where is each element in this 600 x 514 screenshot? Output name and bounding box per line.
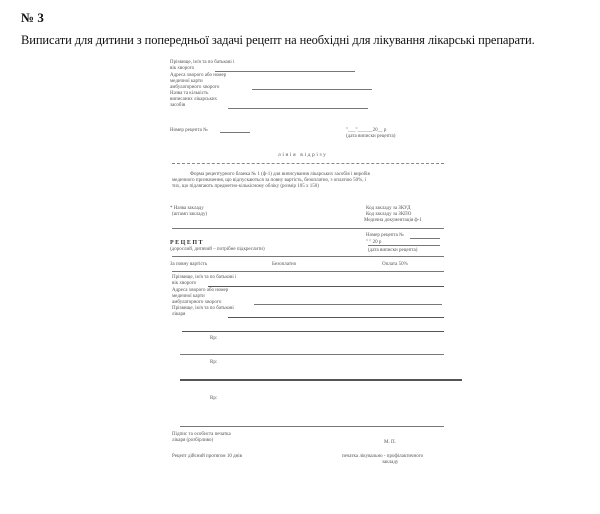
rp-line-1[interactable]	[180, 354, 444, 355]
prescription-form: Прізвище, ім'я та по батькові і вік хвор…	[170, 60, 446, 500]
rp-divider-2	[180, 379, 462, 381]
cut-line	[172, 163, 444, 164]
task-text: Виписати для дитини з попередньої задачі…	[21, 33, 535, 48]
stub-drugs-line[interactable]	[228, 108, 368, 109]
rp-divider-1	[182, 331, 444, 332]
stub-address-line[interactable]	[252, 89, 372, 90]
recipe-number-line[interactable]	[410, 238, 440, 239]
doctor-line[interactable]	[228, 317, 444, 318]
signature-label-2: лікаря (розбірливо)	[172, 438, 213, 444]
stub-date-caption: (дата виписки рецепта)	[346, 134, 395, 140]
recipe-subtitle: (дорослий, дитячий – потрібне підкреслит…	[170, 247, 265, 253]
rp-3: Rp:	[210, 396, 217, 402]
patient-line[interactable]	[208, 286, 444, 287]
form-description-3: тих, що підлягають предметно-кількісному…	[172, 184, 319, 190]
payment-full[interactable]: За повну вартість	[170, 262, 207, 268]
institution-stamp-label-2: закладу	[382, 460, 398, 466]
med-doc: Медична документація ф-1	[364, 218, 422, 224]
task-number: № 3	[21, 10, 44, 26]
validity: Рецепт дійсний протягом 10 днів	[172, 454, 242, 460]
recipe-date-line[interactable]	[368, 245, 440, 246]
stub-recipe-number-line[interactable]	[220, 132, 250, 133]
stub-drugs-label-3: засобів	[170, 103, 185, 109]
stub-patient-age-label: вік хворого	[170, 66, 194, 72]
rp-1: Rp:	[210, 336, 217, 342]
stub-patient-line[interactable]	[215, 71, 355, 72]
divider-2	[172, 256, 444, 257]
stub-recipe-number: Номер рецепта №	[170, 128, 208, 134]
address-line[interactable]	[254, 304, 442, 305]
patient-age-label: вік хворого	[172, 281, 196, 287]
divider-3	[172, 271, 444, 272]
cut-line-label: лінія відрізу	[278, 152, 327, 158]
recipe-number: Номер рецепта №	[366, 233, 404, 239]
payment-half[interactable]: Оплата 50%	[382, 262, 408, 268]
divider-1	[172, 228, 444, 229]
signature-divider	[180, 426, 444, 427]
recipe-title: РЕЦЕПТ	[170, 240, 204, 246]
institution-stamp: (штамп закладу)	[172, 212, 207, 218]
payment-free[interactable]: Безоплатно	[272, 262, 296, 268]
stamp-place: М. П.	[384, 440, 396, 446]
rp-2: Rp:	[210, 360, 217, 366]
recipe-date-caption: (дата виписки рецепта)	[368, 248, 417, 254]
doctor-label-2: лікаря	[172, 312, 185, 318]
